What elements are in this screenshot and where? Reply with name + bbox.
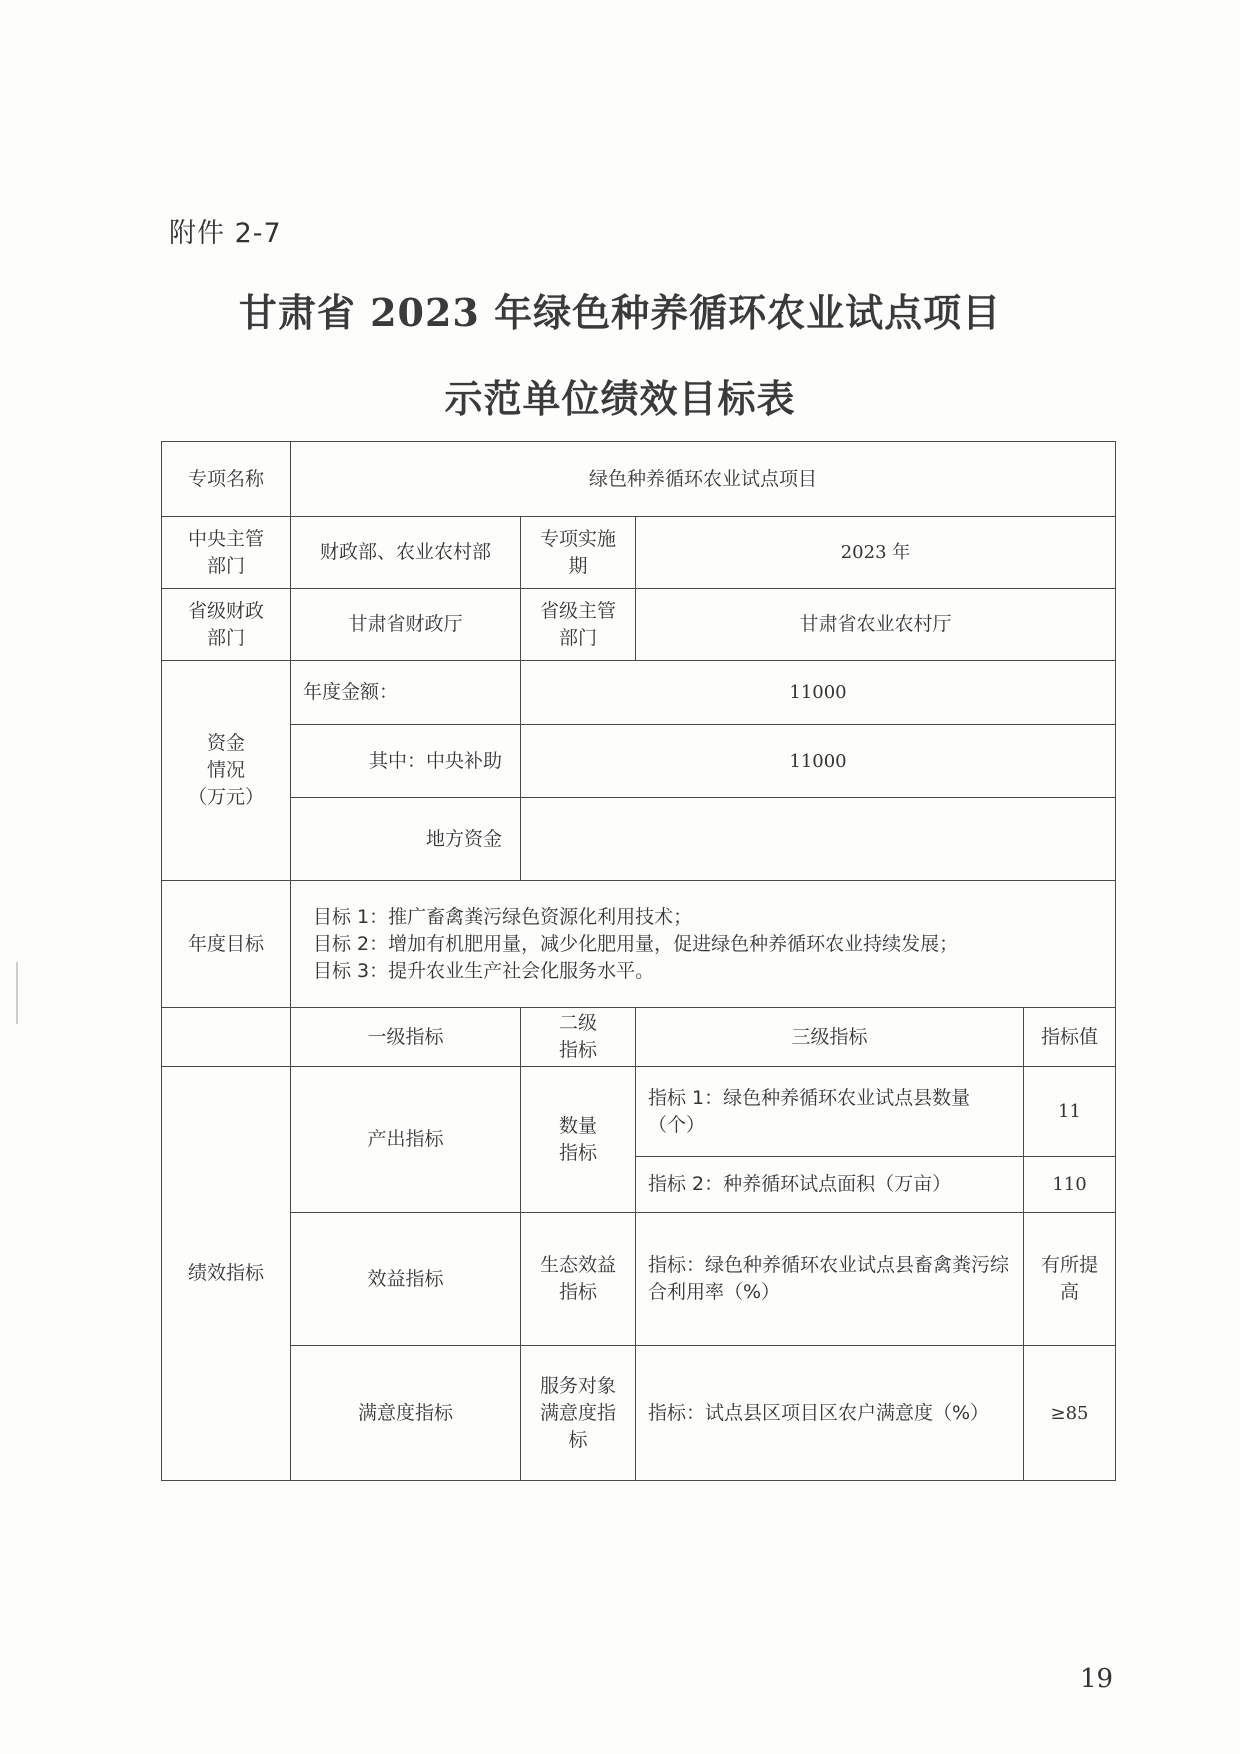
- prov-finance-label: 省级财政 部门: [162, 589, 291, 661]
- annual-target-item: 目标 1：推广畜禽粪污绿色资源化利用技术；: [313, 904, 1109, 931]
- prov-finance-value: 甘肃省财政厅: [291, 589, 521, 661]
- satisfaction-level1: 满意度指标: [291, 1346, 521, 1481]
- satisfaction-value: ≥85: [1024, 1346, 1116, 1481]
- prov-dept-label: 省级主管 部门: [521, 589, 636, 661]
- period-label: 专项实施 期: [521, 517, 636, 589]
- document-title-line2: 示范单位绩效目标表: [0, 368, 1240, 423]
- page-number: 19: [1080, 1664, 1113, 1694]
- prov-dept-value: 甘肃省农业农村厅: [636, 589, 1116, 661]
- attachment-label: 附件 2-7: [169, 211, 282, 250]
- benefit-level3: 指标：绿色种养循环农业试点县畜禽粪污综合利用率（%）: [636, 1213, 1024, 1346]
- row-provincial-dept: 省级财政 部门 甘肃省财政厅 省级主管 部门 甘肃省农业农村厅: [162, 589, 1116, 661]
- annual-targets-label: 年度目标: [162, 881, 291, 1008]
- funds-annual-label: 年度金额：: [291, 661, 521, 725]
- funds-annual-value: 11000: [521, 661, 1116, 725]
- funds-label: 资金 情况 （万元）: [162, 661, 291, 881]
- header-value: 指标值: [1024, 1008, 1116, 1067]
- benefit-level2: 生态效益 指标: [521, 1213, 636, 1346]
- row-satisfaction-indicator: 满意度指标 服务对象 满意度指 标 指标：试点县区项目区农户满意度（%） ≥85: [162, 1346, 1116, 1481]
- funds-central-label: 其中：中央补助: [291, 725, 521, 798]
- period-value: 2023 年: [636, 517, 1116, 589]
- funds-central-value: 11000: [521, 725, 1116, 798]
- benefit-level1: 效益指标: [291, 1213, 521, 1346]
- central-dept-value: 财政部、农业农村部: [291, 517, 521, 589]
- indicator-header-blank: [162, 1008, 291, 1067]
- annual-targets-list: 目标 1：推广畜禽粪污绿色资源化利用技术； 目标 2：增加有机肥用量，减少化肥用…: [291, 881, 1116, 1008]
- satisfaction-level2: 服务对象 满意度指 标: [521, 1346, 636, 1481]
- header-level1: 一级指标: [291, 1008, 521, 1067]
- row-funds-annual: 资金 情况 （万元） 年度金额： 11000: [162, 661, 1116, 725]
- row-annual-targets: 年度目标 目标 1：推广畜禽粪污绿色资源化利用技术； 目标 2：增加有机肥用量，…: [162, 881, 1116, 1008]
- row-benefit-indicator: 效益指标 生态效益 指标 指标：绿色种养循环农业试点县畜禽粪污综合利用率（%） …: [162, 1213, 1116, 1346]
- header-level3: 三级指标: [636, 1008, 1024, 1067]
- funds-local-value: [521, 798, 1116, 881]
- scan-artifact: [16, 962, 18, 1024]
- output-value-1: 11: [1024, 1067, 1116, 1157]
- satisfaction-level3: 指标：试点县区项目区农户满意度（%）: [636, 1346, 1024, 1481]
- row-funds-central: 其中：中央补助 11000: [162, 725, 1116, 798]
- output-level2: 数量 指标: [521, 1067, 636, 1213]
- output-level1: 产出指标: [291, 1067, 521, 1213]
- row-project-name: 专项名称 绿色种养循环农业试点项目: [162, 442, 1116, 517]
- annual-target-item: 目标 3：提升农业生产社会化服务水平。: [313, 958, 1109, 985]
- row-output-indicator-1: 绩效指标 产出指标 数量 指标 指标 1：绿色种养循环农业试点县数量（个） 11: [162, 1067, 1116, 1157]
- output-level3-2: 指标 2：种养循环试点面积（万亩）: [636, 1157, 1024, 1213]
- annual-target-item: 目标 2：增加有机肥用量，减少化肥用量，促进绿色种养循环农业持续发展；: [313, 931, 1109, 958]
- project-name-label: 专项名称: [162, 442, 291, 517]
- central-dept-label: 中央主管 部门: [162, 517, 291, 589]
- row-indicator-header: 一级指标 二级 指标 三级指标 指标值: [162, 1008, 1116, 1067]
- row-funds-local: 地方资金: [162, 798, 1116, 881]
- document-title-line1: 甘肃省 2023 年绿色种养循环农业试点项目: [0, 282, 1240, 337]
- performance-target-table: 专项名称 绿色种养循环农业试点项目 中央主管 部门 财政部、农业农村部 专项实施…: [161, 441, 1116, 1481]
- output-value-2: 110: [1024, 1157, 1116, 1213]
- funds-local-label: 地方资金: [291, 798, 521, 881]
- benefit-value: 有所提 高: [1024, 1213, 1116, 1346]
- output-level3-1: 指标 1：绿色种养循环农业试点县数量（个）: [636, 1067, 1024, 1157]
- project-name-value: 绿色种养循环农业试点项目: [291, 442, 1116, 517]
- header-level2: 二级 指标: [521, 1008, 636, 1067]
- performance-label: 绩效指标: [162, 1067, 291, 1481]
- row-central-dept: 中央主管 部门 财政部、农业农村部 专项实施 期 2023 年: [162, 517, 1116, 589]
